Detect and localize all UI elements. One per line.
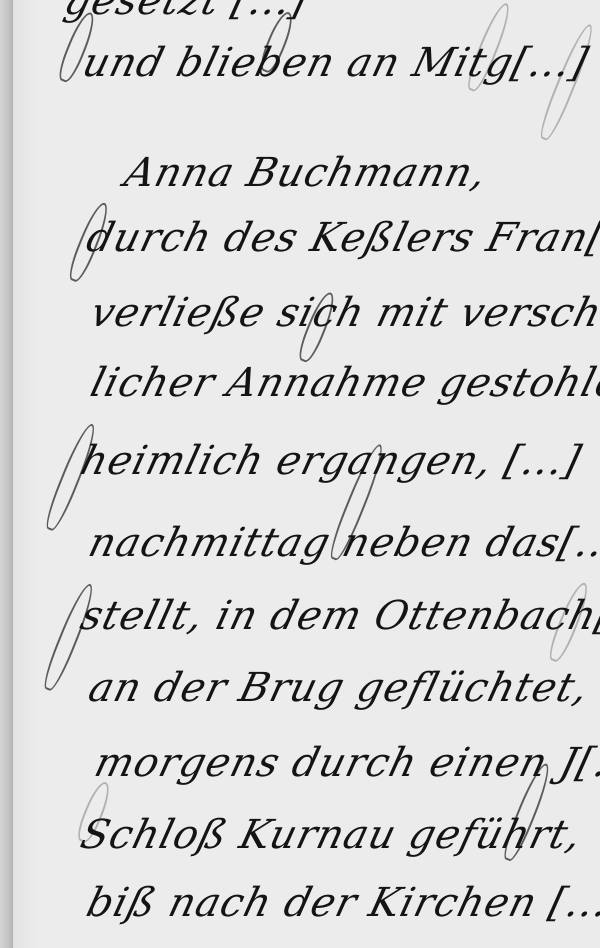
manuscript-line-4: verließe sich mit verschieden[...]: [86, 290, 600, 336]
manuscript-line-9: an der Brug geflüchtet,: [84, 665, 594, 711]
manuscript-page: gesetzt [...] und blieben an Mitg[...] A…: [0, 0, 600, 948]
manuscript-line-6: heimlich ergangen, [...]: [76, 438, 586, 484]
manuscript-line-12: biß nach der Kirchen [...]: [82, 880, 600, 926]
manuscript-line-0: gesetzt [...]: [60, 0, 313, 24]
manuscript-line-8: stellt, in dem Ottenbach[...]: [76, 593, 600, 639]
manuscript-line-3: durch des Keßlers Fran[...]: [82, 215, 600, 261]
manuscript-line-11: Schloß Kurnau geführt,: [76, 812, 587, 858]
manuscript-line-2: Anna Buchmann,: [120, 150, 492, 196]
manuscript-line-1: und blieben an Mitg[...]: [78, 40, 593, 86]
manuscript-line-5: licher Annahme gestohlen[...]: [86, 360, 600, 406]
page-binding-edge: [0, 0, 13, 948]
manuscript-line-7: nachmittag neben das[...]: [84, 520, 600, 566]
manuscript-line-10: morgens durch einen J[...]: [90, 740, 600, 786]
